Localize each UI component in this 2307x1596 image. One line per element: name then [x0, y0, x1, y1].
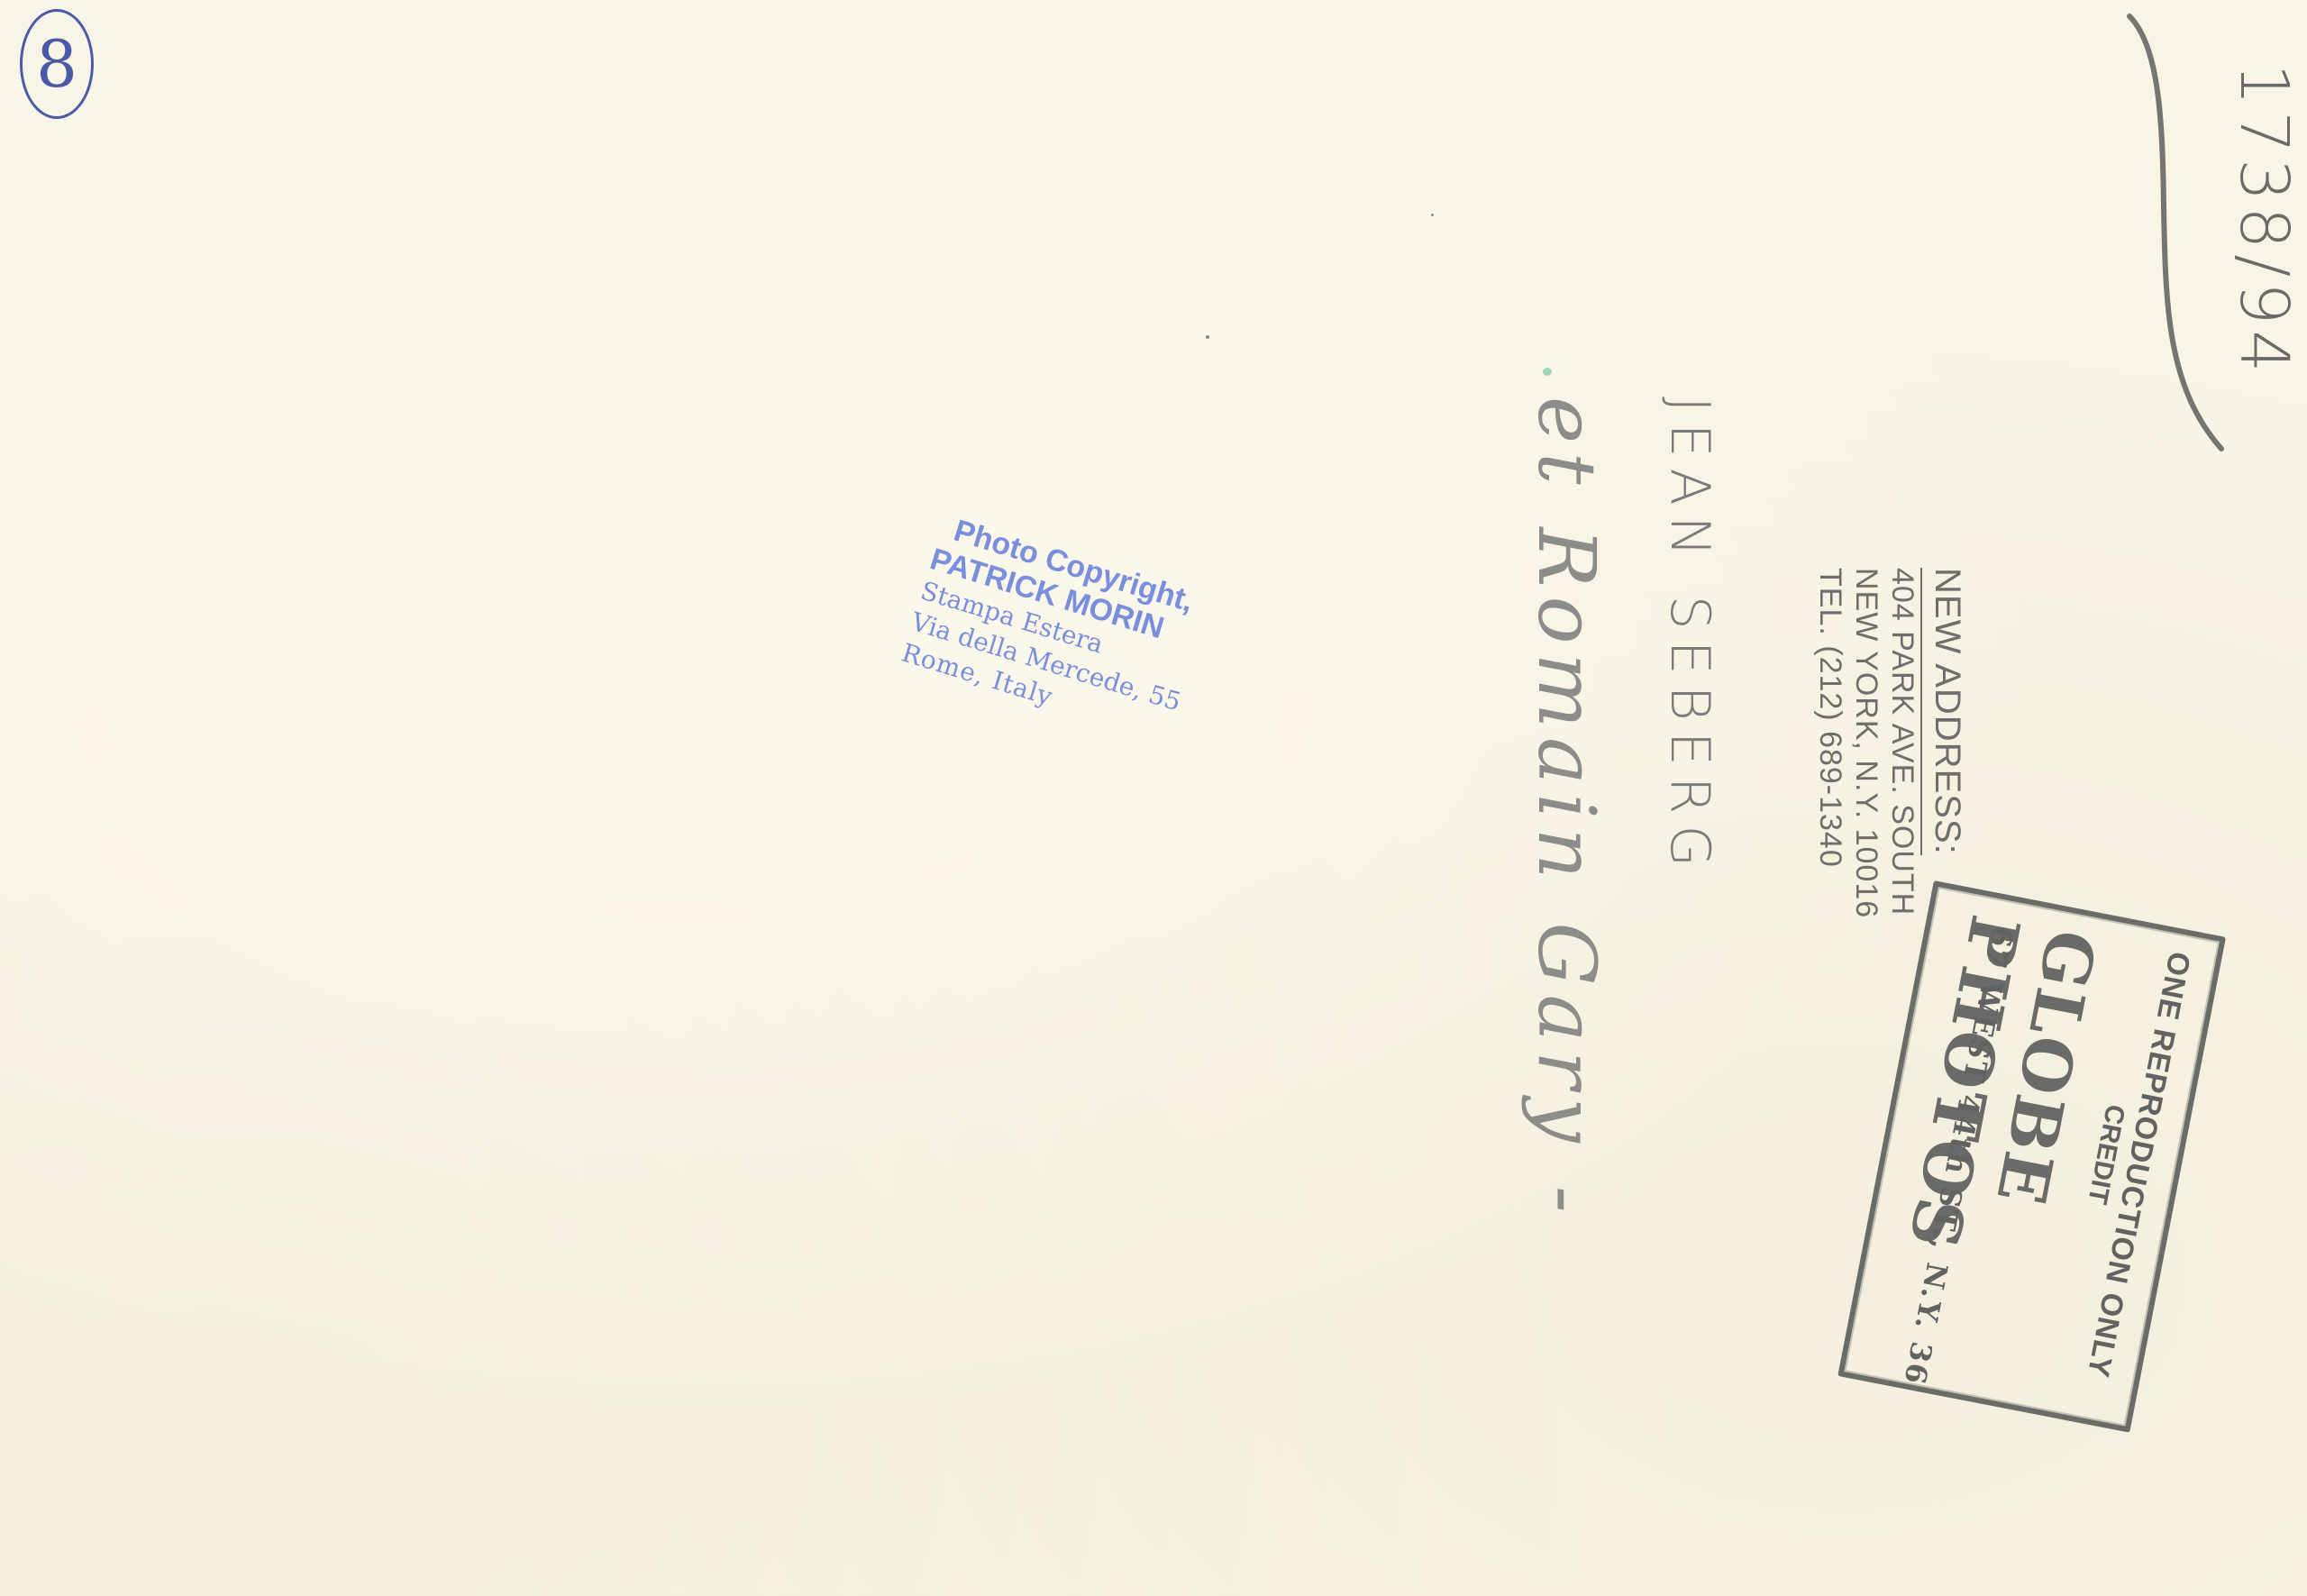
paper-speck — [1431, 214, 1434, 216]
address-stamp-line: 404 PARK AVE. SOUTH — [1884, 568, 1920, 918]
globe-photos-stamp: ONE REPRODUCTION ONLY CREDIT GLOBE PHOTO… — [1837, 880, 2226, 1433]
circled-number-annotation: 8 — [20, 9, 94, 119]
copyright-stamp: Photo Copyright, PATRICK MORIN Stampa Es… — [898, 509, 1239, 757]
handwriting-romain-gary: et Romain Gary - — [1520, 397, 1613, 1222]
address-stamp-line: NEW YORK, N.Y. 10016 — [1848, 568, 1884, 918]
address-stamp-header: NEW ADDRESS: — [1920, 568, 1969, 855]
handwriting-jean-seberg: JEAN SEBERG — [1658, 397, 1721, 878]
circled-number-value: 8 — [36, 26, 78, 102]
address-stamp: NEW ADDRESS: 404 PARK AVE. SOUTH NEW YOR… — [1812, 568, 1969, 918]
catalog-number: 1738/94 — [2225, 63, 2302, 378]
paper-speck — [1543, 368, 1552, 376]
paper-speck — [1206, 335, 1209, 339]
address-stamp-line: TEL. (212) 689-1340 — [1812, 568, 1848, 918]
